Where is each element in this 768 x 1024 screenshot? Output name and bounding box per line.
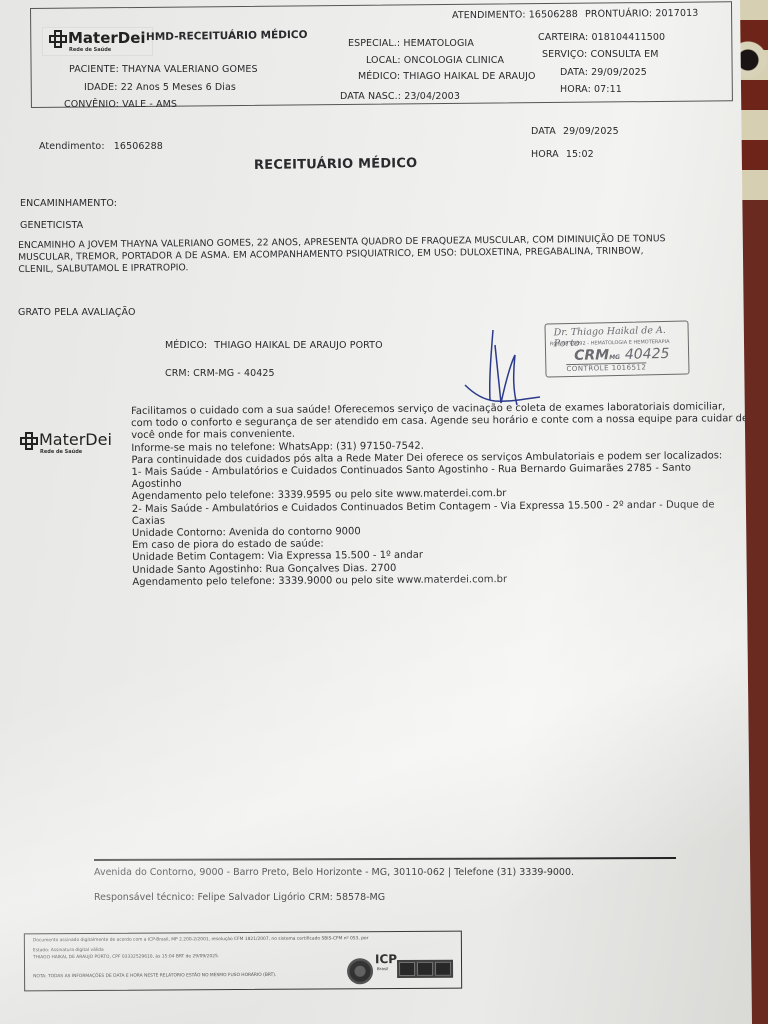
prescription-data-value: 29/09/2025 bbox=[563, 126, 619, 137]
digital-signature-box: Documento assinado digitalmente de acord… bbox=[24, 931, 462, 992]
convenio-value: VALE - AMS bbox=[122, 99, 177, 110]
prescription-data: DATA 29/09/2025 bbox=[531, 126, 619, 137]
crm-value: CRM-MG - 40425 bbox=[193, 368, 275, 379]
atendimento-field: ATENDIMENTO: 16506288 PRONTUÁRIO: 201701… bbox=[452, 8, 698, 21]
icp-brasil-sub: Brasil bbox=[377, 966, 388, 971]
especial-label: ESPECIAL.: bbox=[348, 38, 400, 49]
hora-value: 07:11 bbox=[594, 84, 622, 95]
data-field: DATA: 29/09/2025 bbox=[560, 67, 647, 78]
hora-label: HORA: bbox=[560, 84, 591, 95]
referral-body: ENCAMINHO A JOVEM THAYNA VALERIANO GOMES… bbox=[18, 233, 666, 276]
brand-sub: Rede de Saúde bbox=[69, 47, 146, 53]
sig-line-2: Estado: Assinatura digital válida bbox=[33, 948, 104, 953]
medico-signature-name: MÉDICO: THIAGO HAIKAL DE ARAUJO PORTO bbox=[165, 340, 383, 351]
brazil-coat-of-arms-icon bbox=[347, 958, 373, 984]
stamp-crm-brand: CRM bbox=[574, 347, 609, 364]
especial-value: HEMATOLOGIA bbox=[403, 38, 474, 49]
data-nasc-value: 23/04/2003 bbox=[404, 91, 460, 102]
info-block: Facilitamos o cuidado com a sua saúde! O… bbox=[131, 401, 749, 589]
crm-field: CRM: CRM-MG - 40425 bbox=[165, 368, 275, 379]
materdei-logo-info: MaterDei Rede de Saúde bbox=[20, 432, 112, 455]
carteira-value: 018104411500 bbox=[591, 32, 665, 43]
local-label: LOCAL: bbox=[366, 55, 401, 66]
idade-value: 22 Anos 5 Meses 6 Dias bbox=[121, 82, 236, 93]
medico-sign-label: MÉDICO: bbox=[165, 340, 207, 351]
stamp-crm-number: 40425 bbox=[625, 346, 670, 363]
paciente-label: PACIENTE: bbox=[69, 64, 119, 75]
handwritten-signature bbox=[455, 325, 545, 415]
local-field: LOCAL: ONCOLOGIA CLINICA bbox=[366, 55, 504, 66]
idade-label: IDADE: bbox=[84, 82, 118, 93]
certification-seals-icon bbox=[397, 960, 453, 978]
prescription-hora: HORA 15:02 bbox=[531, 149, 594, 160]
footer-responsavel: Responsável técnico: Felipe Salvador Lig… bbox=[94, 892, 385, 903]
icp-brasil-logo: ICP bbox=[375, 952, 397, 966]
brand-name: MaterDei bbox=[68, 31, 146, 46]
prescription-atendimento: Atendimento: 16506288 bbox=[39, 141, 163, 152]
servico-value: CONSULTA EM bbox=[590, 49, 658, 60]
info-brand-name: MaterDei bbox=[39, 432, 112, 448]
materdei-cross-icon bbox=[49, 30, 65, 46]
atendimento-label: ATENDIMENTO: bbox=[452, 9, 526, 21]
materdei-cross-icon bbox=[20, 432, 36, 448]
prescription-hora-value: 15:02 bbox=[566, 149, 594, 160]
data-value: 29/09/2025 bbox=[591, 67, 647, 78]
medico-label: MÉDICO: bbox=[358, 71, 400, 82]
prescription-data-label: DATA bbox=[531, 126, 556, 137]
data-label: DATA: bbox=[560, 67, 588, 78]
carteira-label: CARTEIRA: bbox=[538, 32, 588, 43]
sig-note: NOTA: TODAS AS INFORMAÇÕES DE DATA E HOR… bbox=[33, 973, 276, 979]
sig-line-1: Documento assinado digitalmente de acord… bbox=[33, 936, 369, 943]
convenio-field: CONVÊNIO: VALE - AMS bbox=[64, 99, 177, 110]
data-nasc-field: DATA NASC.: 23/04/2003 bbox=[340, 91, 460, 102]
local-value: ONCOLOGIA CLINICA bbox=[404, 55, 504, 66]
medico-field: MÉDICO: THIAGO HAIKAL DE ARAUJO bbox=[358, 71, 536, 82]
footer-divider bbox=[94, 857, 676, 861]
hora-field: HORA: 07:11 bbox=[560, 84, 622, 95]
prescription-atendimento-label: Atendimento: bbox=[39, 141, 105, 152]
servico-label: SERVIÇO: bbox=[542, 49, 587, 60]
atendimento-value: 16506288 bbox=[529, 9, 578, 20]
sig-line-3: THIAGO HAIKAL DE ARAUJO PORTO, CPF 03332… bbox=[33, 954, 219, 960]
info-brand-sub: Rede de Saúde bbox=[40, 449, 112, 455]
carteira-field: CARTEIRA: 018104411500 bbox=[538, 32, 665, 43]
servico-field: SERVIÇO: CONSULTA EM bbox=[542, 49, 659, 60]
data-nasc-label: DATA NASC.: bbox=[340, 91, 401, 102]
stamp-crm-state: MG bbox=[609, 354, 620, 361]
medico-value: THIAGO HAIKAL DE ARAUJO bbox=[403, 71, 535, 82]
prescription-hora-label: HORA bbox=[531, 149, 559, 160]
doctor-stamp: Dr. Thiago Haikal de A. Porto RQE Nº 496… bbox=[544, 320, 689, 377]
prontuario-label: PRONTUÁRIO: bbox=[585, 8, 652, 20]
stamp-crm: CRMMG 40425 bbox=[574, 346, 670, 364]
medico-sign-value: THIAGO HAIKAL DE ARAUJO PORTO bbox=[214, 340, 382, 351]
stamp-controle: CONTROLE 1016512 bbox=[566, 362, 646, 373]
prescription-atendimento-value: 16506288 bbox=[114, 141, 163, 152]
convenio-label: CONVÊNIO: bbox=[64, 99, 119, 110]
crm-label: CRM: bbox=[165, 368, 190, 379]
encaminhamento-label: ENCAMINHAMENTO: bbox=[20, 198, 117, 209]
paciente-value: THAYNA VALERIANO GOMES bbox=[122, 64, 258, 75]
closing-text: GRATO PELA AVALIAÇÃO bbox=[18, 307, 136, 318]
paciente-field: PACIENTE: THAYNA VALERIANO GOMES bbox=[69, 64, 258, 75]
encaminhamento-destino: GENETICISTA bbox=[20, 220, 83, 231]
materdei-logo: MaterDei Rede de Saúde bbox=[42, 27, 153, 56]
footer-address: Avenida do Contorno, 9000 - Barro Preto,… bbox=[94, 867, 574, 878]
prontuario-value: 2017013 bbox=[655, 8, 698, 19]
idade-field: IDADE: 22 Anos 5 Meses 6 Dias bbox=[84, 82, 236, 93]
form-title: HMD-RECEITUÁRIO MÉDICO bbox=[146, 29, 308, 43]
document-page: ATENDIMENTO: 16506288 PRONTUÁRIO: 201701… bbox=[0, 0, 752, 1024]
prescription-title: RECEITUÁRIO MÉDICO bbox=[254, 156, 417, 173]
especial-field: ESPECIAL.: HEMATOLOGIA bbox=[348, 38, 474, 49]
